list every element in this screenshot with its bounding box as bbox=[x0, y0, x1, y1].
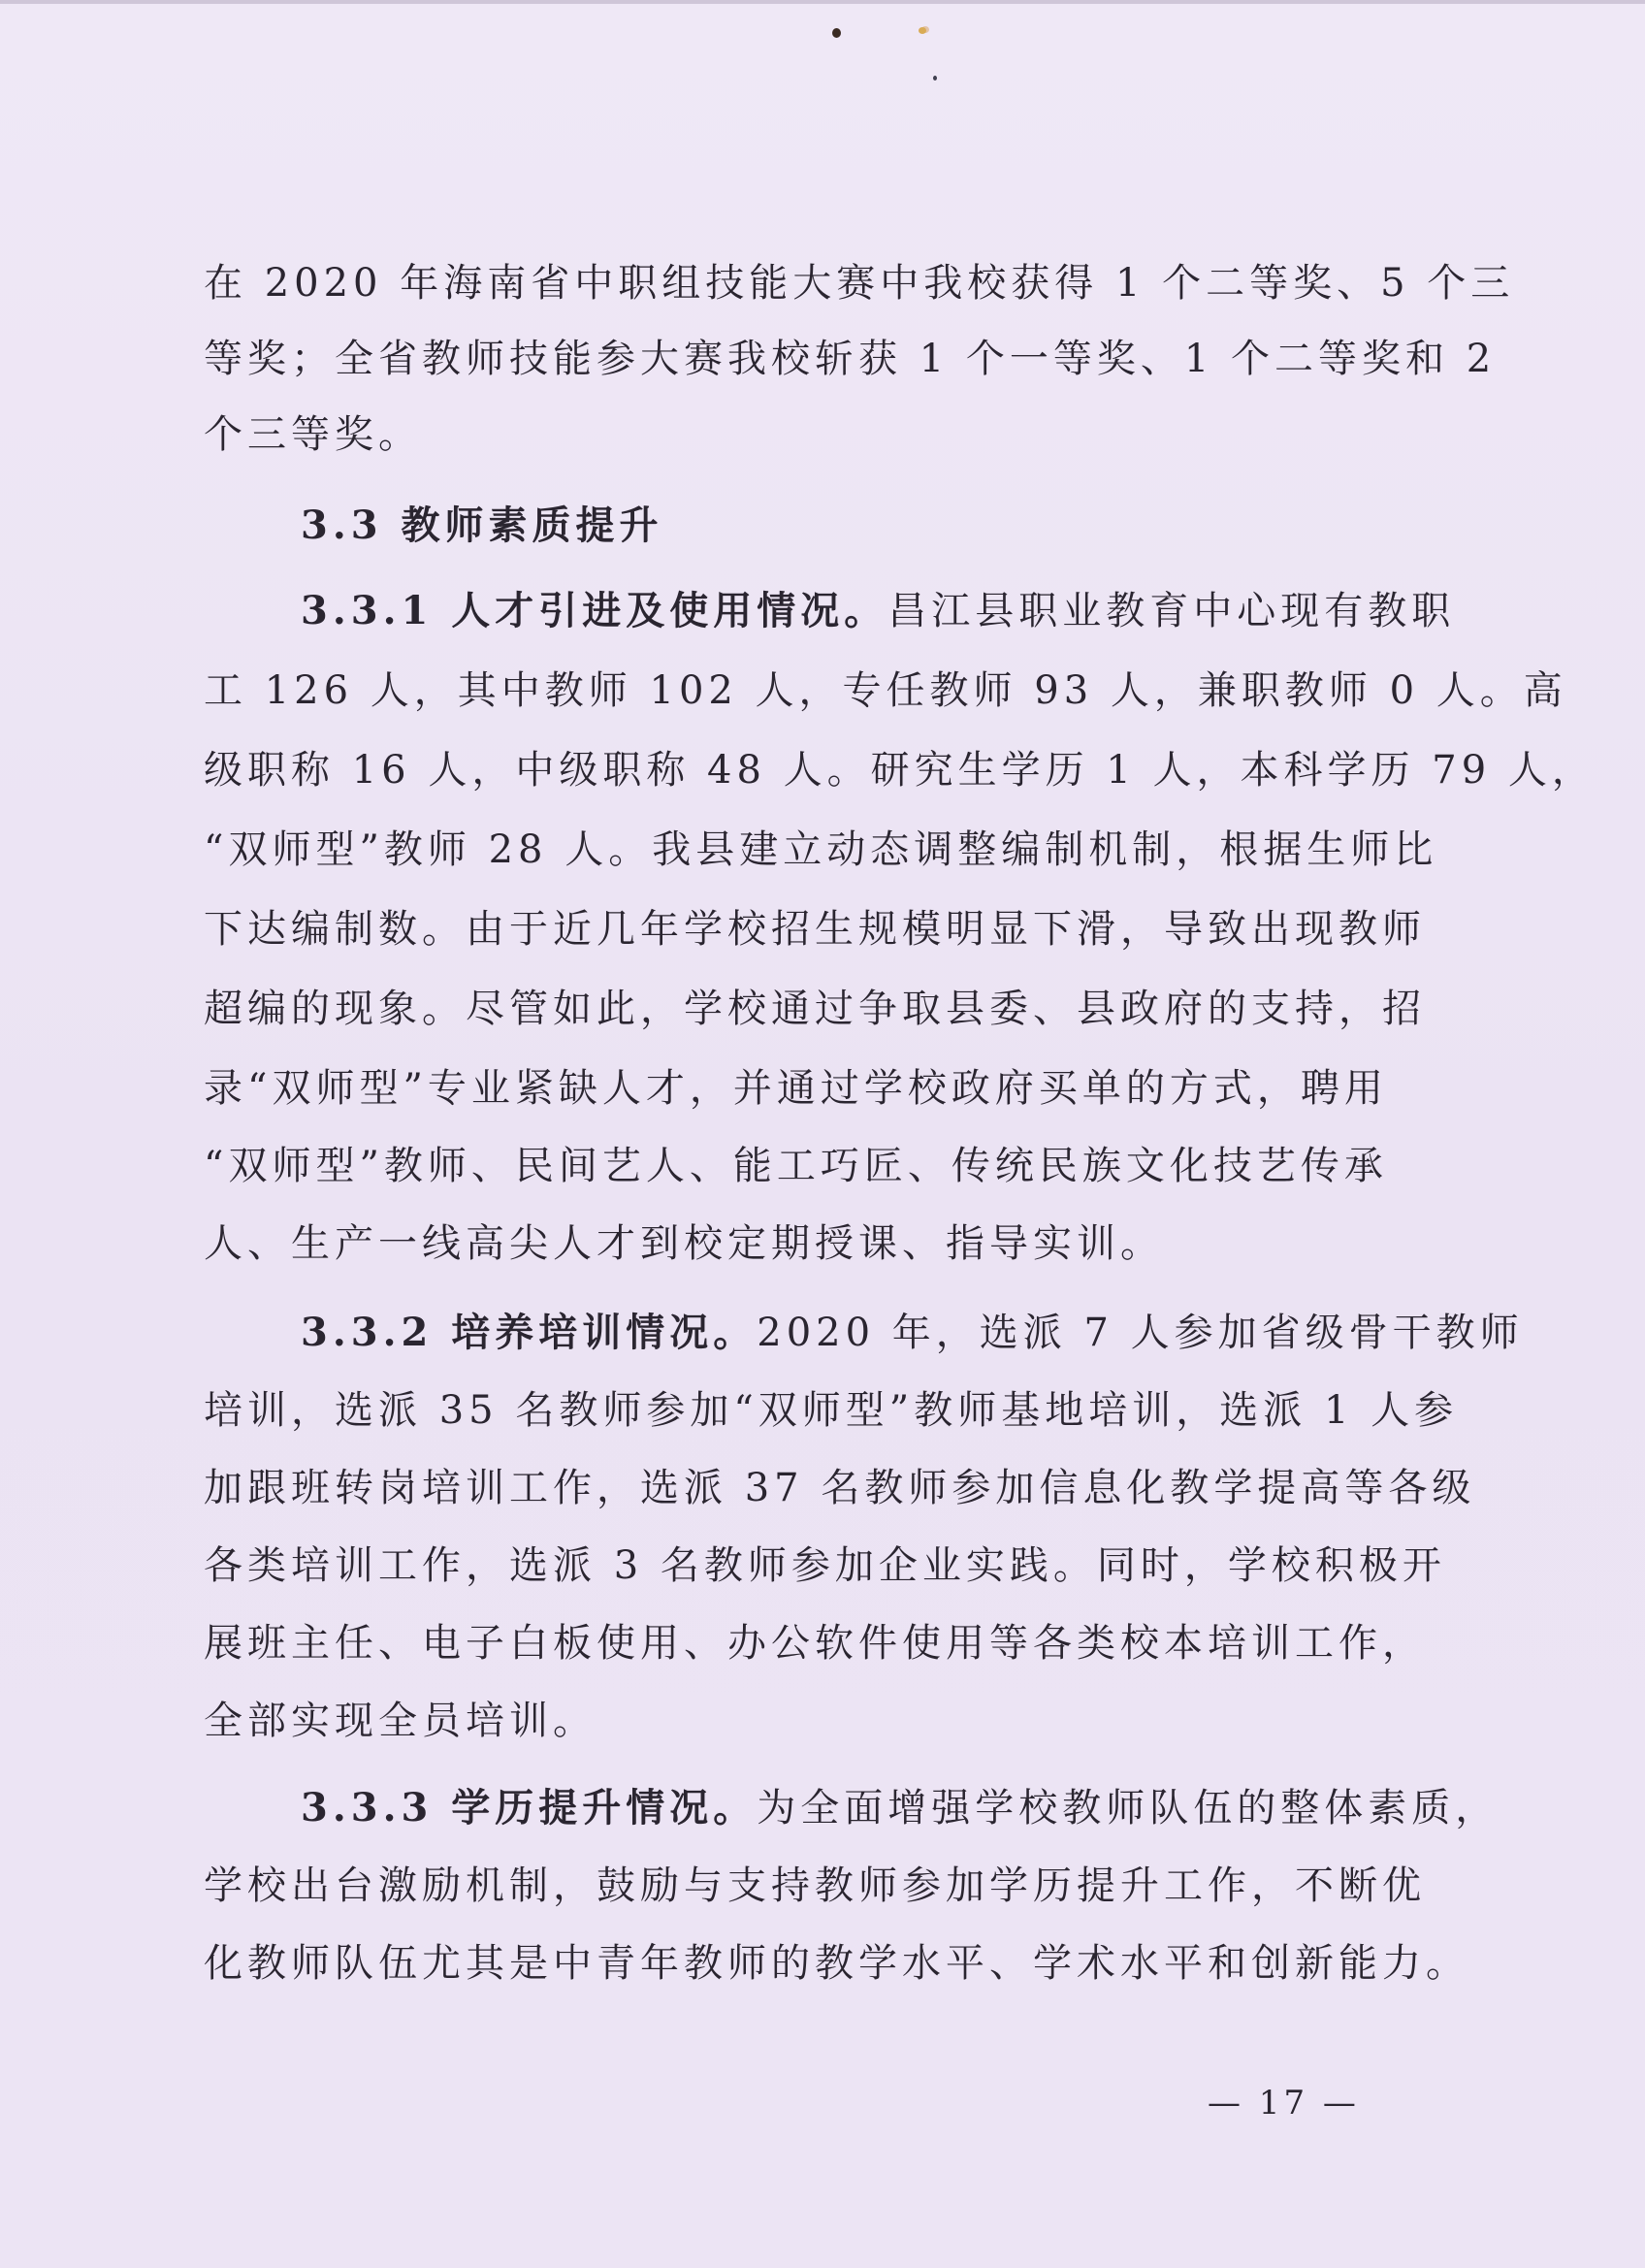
text-line: “双师型”教师、民间艺人、能工巧匠、传统民族文化技艺传承 bbox=[204, 1143, 1388, 1189]
subsection-title: 3.3.1 人才引进及使用情况。 bbox=[301, 588, 887, 633]
text-line: 工 126 人，其中教师 102 人，专任教师 93 人，兼职教师 0 人。高 bbox=[204, 667, 1567, 714]
text-line: 全部实现全员培训。 bbox=[204, 1698, 597, 1744]
subsection-first-line: 3.3.3 学历提升情况。为全面增强学校教师队伍的整体素质， bbox=[301, 1785, 1499, 1831]
scan-speck bbox=[919, 27, 926, 34]
subsection-title: 3.3.3 学历提升情况。 bbox=[301, 1785, 757, 1831]
subsection-first-line: 3.3.2 培养培训情况。2020 年，选派 7 人参加省级骨干教师 bbox=[301, 1310, 1524, 1356]
scan-top-edge bbox=[0, 0, 1645, 4]
text-line: 培训，选派 35 名教师参加“双师型”教师基地培训，选派 1 人参 bbox=[204, 1387, 1458, 1434]
scanned-page: 在 2020 年海南省中职组技能大赛中我校获得 1 个二等奖、5 个三 等奖；全… bbox=[0, 0, 1645, 2268]
scan-speck bbox=[933, 76, 937, 81]
text-run: 昌江县职业教育中心现有教职 bbox=[887, 589, 1455, 633]
text-run: 2020 年，选派 7 人参加省级骨干教师 bbox=[757, 1311, 1523, 1355]
text-line: 在 2020 年海南省中职组技能大赛中我校获得 1 个二等奖、5 个三 bbox=[204, 260, 1514, 307]
text-line: 级职称 16 人，中级职称 48 人。研究生学历 1 人，本科学历 79 人， bbox=[204, 747, 1596, 794]
text-run: 为全面增强学校教师队伍的整体素质， bbox=[757, 1786, 1499, 1831]
text-line: 下达编制数。由于近几年学校招生规模明显下滑，导致出现教师 bbox=[204, 906, 1426, 953]
text-line: 人、生产一线高尖人才到校定期授课、指导实训。 bbox=[204, 1220, 1164, 1267]
text-line: 加跟班转岗培训工作，选派 37 名教师参加信息化教学提高等各级 bbox=[204, 1465, 1475, 1511]
text-line: “双师型”教师 28 人。我县建立动态调整编制机制，根据生师比 bbox=[204, 826, 1437, 873]
text-line: 个三等奖。 bbox=[204, 411, 422, 458]
scan-speck bbox=[832, 28, 841, 38]
text-line: 化教师队伍尤其是中青年教师的教学水平、学术水平和创新能力。 bbox=[204, 1940, 1469, 1987]
page-number: — 17 — bbox=[1208, 2084, 1360, 2122]
text-line: 展班主任、电子白板使用、办公软件使用等各类校本培训工作， bbox=[204, 1620, 1426, 1667]
text-line: 各类培训工作，选派 3 名教师参加企业实践。同时，学校积极开 bbox=[204, 1542, 1446, 1589]
text-line: 超编的现象。尽管如此，学校通过争取县委、县政府的支持，招 bbox=[204, 986, 1426, 1032]
text-line: 等奖；全省教师技能参大赛我校斩获 1 个一等奖、1 个二等奖和 2 bbox=[204, 336, 1496, 382]
text-line: 录“双师型”专业紧缺人才，并通过学校政府买单的方式，聘用 bbox=[204, 1065, 1388, 1112]
section-heading: 3.3 教师素质提升 bbox=[301, 502, 663, 549]
subsection-first-line: 3.3.1 人才引进及使用情况。昌江县职业教育中心现有教职 bbox=[301, 588, 1455, 634]
text-line: 学校出台激励机制，鼓励与支持教师参加学历提升工作，不断优 bbox=[204, 1863, 1426, 1909]
subsection-title: 3.3.2 培养培训情况。 bbox=[301, 1310, 757, 1355]
